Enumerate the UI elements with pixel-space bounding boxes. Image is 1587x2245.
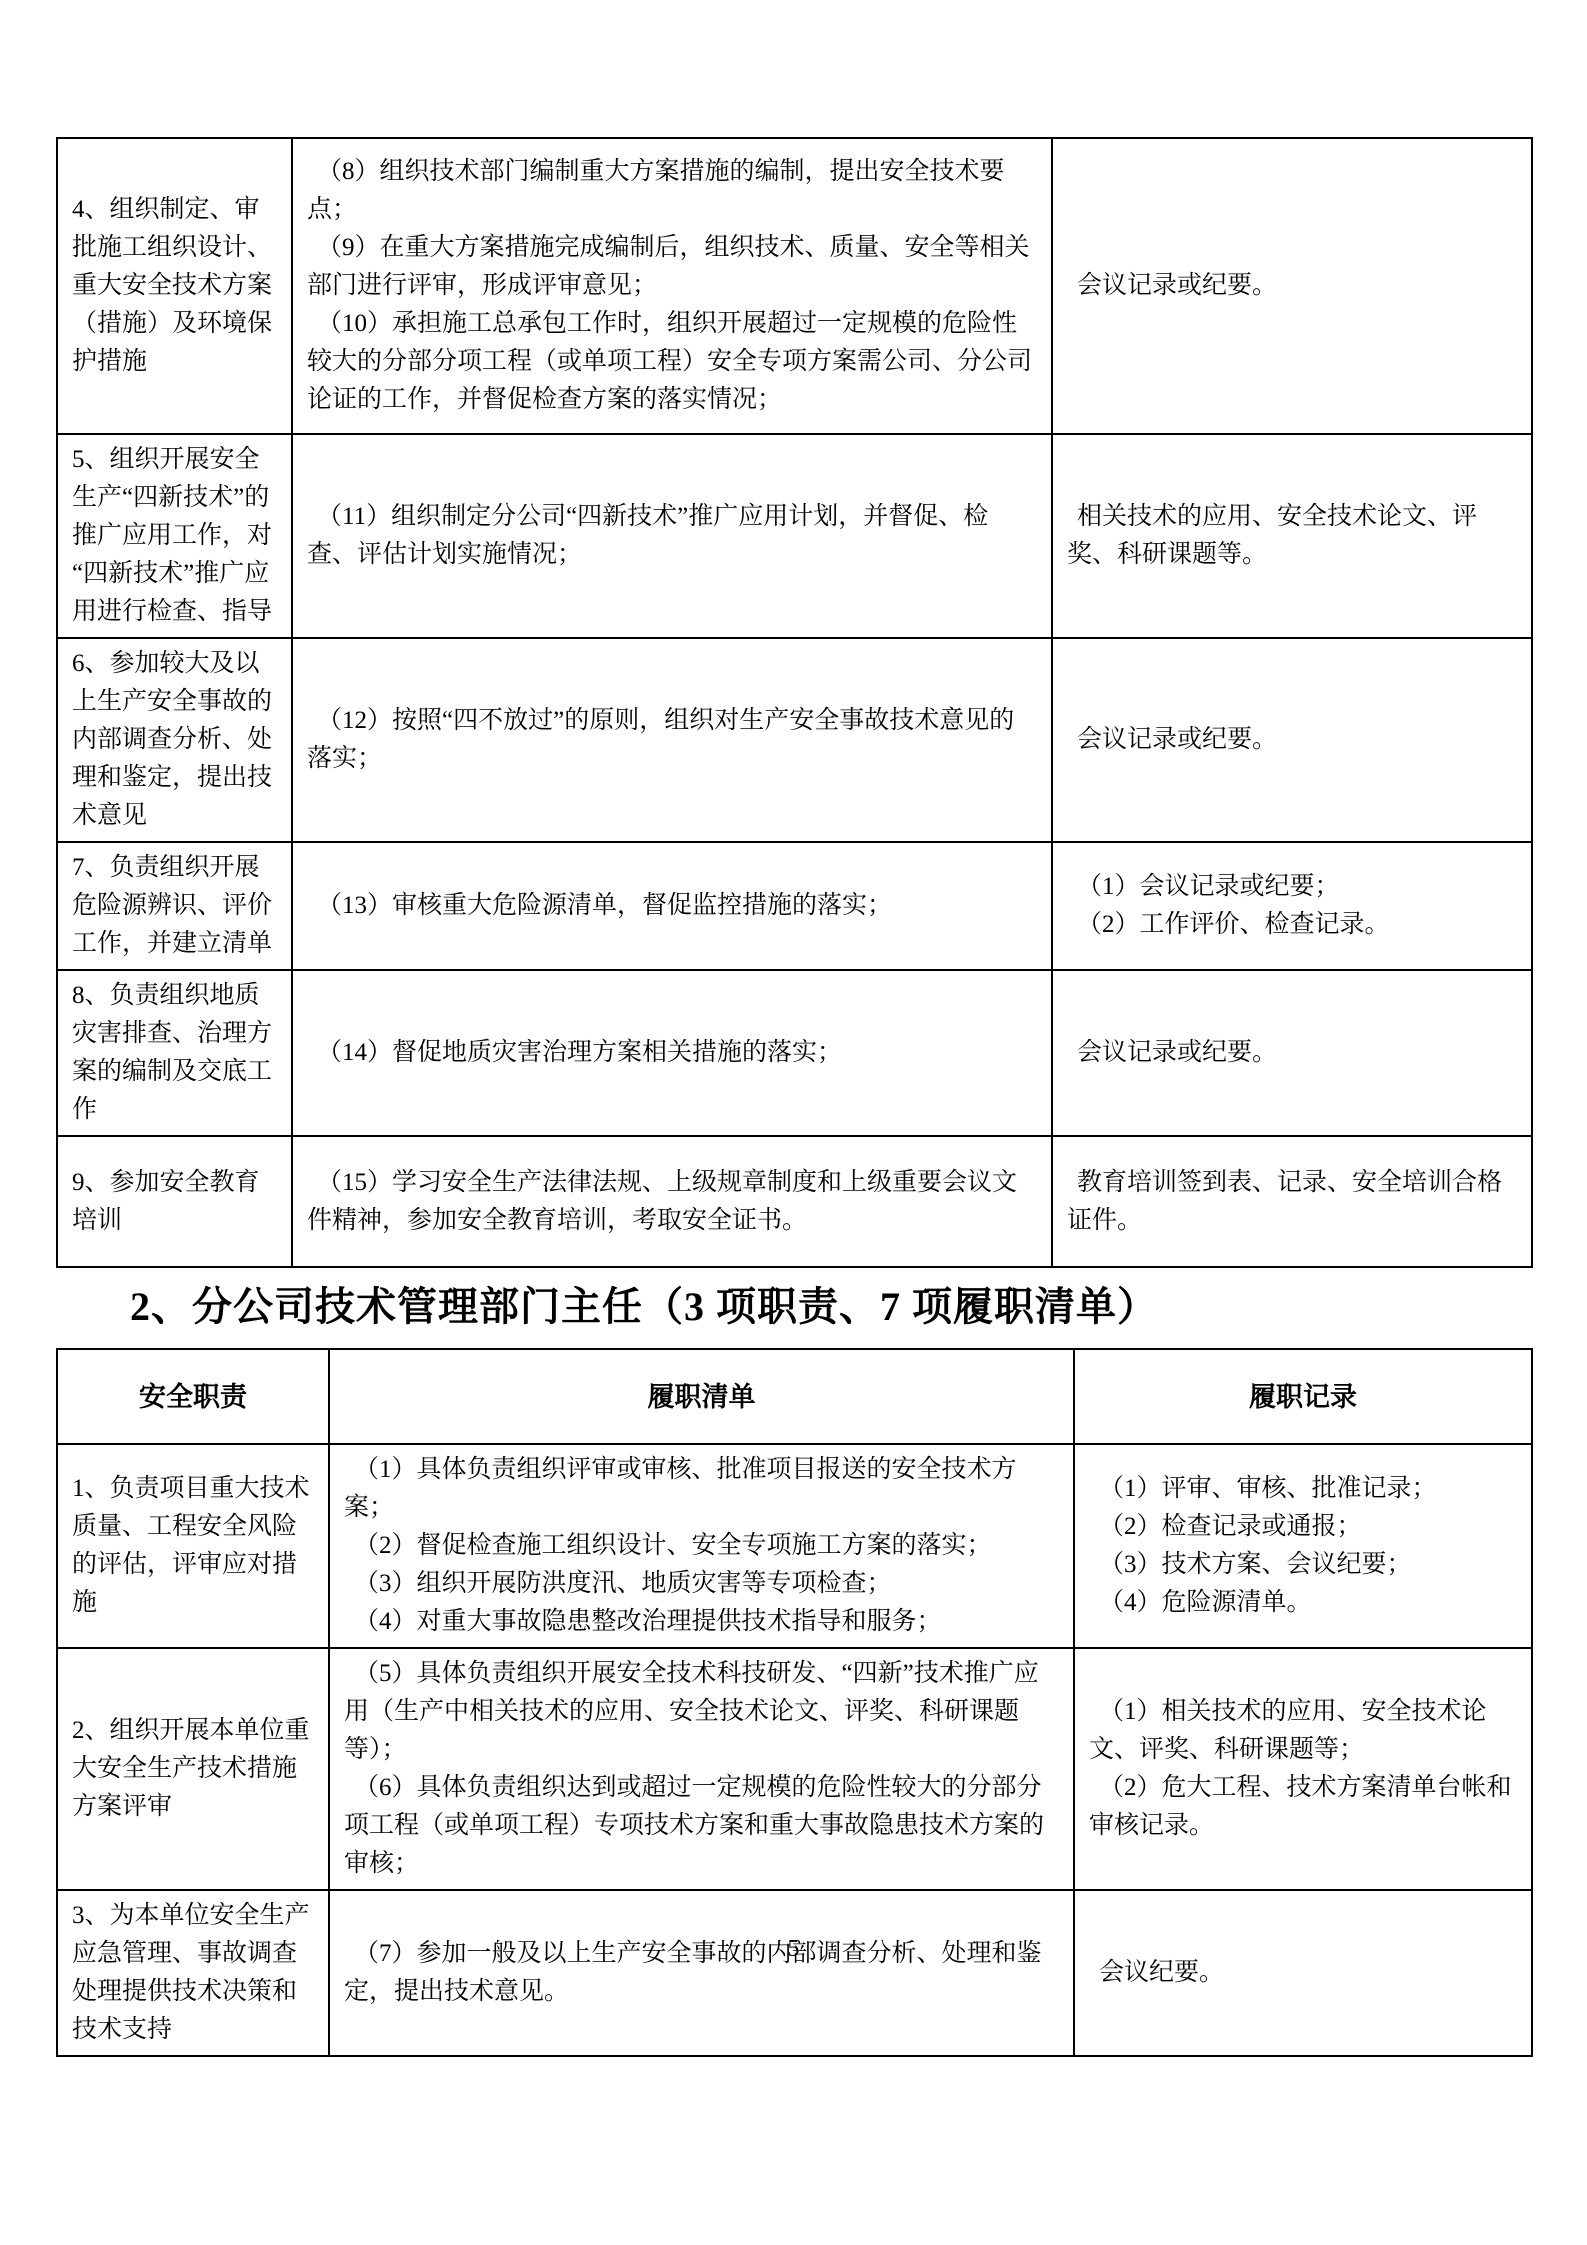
records-cell: 教育培训签到表、记录、安全培训合格证件。 <box>1052 1136 1532 1267</box>
checklist-cell: （7）参加一般及以上生产安全事故的内部调查分析、处理和鉴定，提出技术意见。 <box>329 1890 1074 2056</box>
table-row-duty-6: 6、参加较大及以上生产安全事故的内部调查分析、处理和鉴定，提出技术意见 （12）… <box>57 638 1532 842</box>
col-header-records: 履职记录 <box>1074 1349 1532 1444</box>
records-cell: （1）评审、审核、批准记录； （2）检查记录或通报； （3）技术方案、会议纪要；… <box>1074 1444 1532 1648</box>
record-item: 教育培训签到表、记录、安全培训合格证件。 <box>1067 1164 1517 1240</box>
duty-text: 5、组织开展安全生产“四新技术”的推广应用工作，对“四新技术”推广应用进行检查、… <box>72 441 277 631</box>
record-item: （1）评审、审核、批准记录； <box>1089 1470 1517 1508</box>
checklist-item: （9）在重大方案措施完成编制后，组织技术、质量、安全等相关部门进行评审，形成评审… <box>307 229 1037 305</box>
checklist-item: （15）学习安全生产法律法规、上级规章制度和上级重要会议文件精神，参加安全教育培… <box>307 1164 1037 1240</box>
checklist-cell: （1）具体负责组织评审或审核、批准项目报送的安全技术方案； （2）督促检查施工组… <box>329 1444 1074 1648</box>
checklist-cell: （14）督促地质灾害治理方案相关措施的落实； <box>292 970 1052 1136</box>
page-number: 5 <box>0 1936 1587 1963</box>
duty-cell: 4、组织制定、审批施工组织设计、重大安全技术方案（措施）及环境保护措施 <box>57 138 292 434</box>
checklist-cell: （5）具体负责组织开展安全技术科技研发、“四新”技术推广应用（生产中相关技术的应… <box>329 1648 1074 1890</box>
table-row-duty-8: 8、负责组织地质灾害排查、治理方案的编制及交底工作 （14）督促地质灾害治理方案… <box>57 970 1532 1136</box>
checklist-item: （12）按照“四不放过”的原则，组织对生产安全事故技术意见的落实； <box>307 702 1037 778</box>
table-row-duty-5: 5、组织开展安全生产“四新技术”的推广应用工作，对“四新技术”推广应用进行检查、… <box>57 434 1532 638</box>
records-cell: 会议纪要。 <box>1074 1890 1532 2056</box>
checklist-cell: （15）学习安全生产法律法规、上级规章制度和上级重要会议文件精神，参加安全教育培… <box>292 1136 1052 1267</box>
record-item: 会议记录或纪要。 <box>1067 721 1517 759</box>
duty-cell: 9、参加安全教育培训 <box>57 1136 292 1267</box>
records-cell: （1）会议记录或纪要； （2）工作评价、检查记录。 <box>1052 842 1532 970</box>
record-item: （2）危大工程、技术方案清单台帐和审核记录。 <box>1089 1769 1517 1845</box>
checklist-item: （3）组织开展防洪度汛、地质灾害等专项检查； <box>344 1565 1059 1603</box>
checklist-item: （14）督促地质灾害治理方案相关措施的落实； <box>307 1034 1037 1072</box>
record-item: （1）会议记录或纪要； <box>1067 868 1517 906</box>
record-item: 会议记录或纪要。 <box>1067 267 1517 305</box>
record-item: 会议记录或纪要。 <box>1067 1034 1517 1072</box>
record-item: （2）检查记录或通报； <box>1089 1508 1517 1546</box>
checklist-item: （2）督促检查施工组织设计、安全专项施工方案的落实； <box>344 1527 1059 1565</box>
table-row-duty-3: 3、为本单位安全生产应急管理、事故调查处理提供技术决策和技术支持 （7）参加一般… <box>57 1890 1532 2056</box>
table-row-duty-4: 4、组织制定、审批施工组织设计、重大安全技术方案（措施）及环境保护措施 （8）组… <box>57 138 1532 434</box>
duty-cell: 6、参加较大及以上生产安全事故的内部调查分析、处理和鉴定，提出技术意见 <box>57 638 292 842</box>
duty-cell: 8、负责组织地质灾害排查、治理方案的编制及交底工作 <box>57 970 292 1136</box>
checklist-item: （6）具体负责组织达到或超过一定规模的危险性较大的分部分项工程（或单项工程）专项… <box>344 1769 1059 1883</box>
record-item: （2）工作评价、检查记录。 <box>1067 906 1517 944</box>
records-cell: 会议记录或纪要。 <box>1052 970 1532 1136</box>
duty-text: 9、参加安全教育培训 <box>72 1164 277 1240</box>
col-header-duty: 安全职责 <box>57 1349 329 1444</box>
duty-cell: 7、负责组织开展危险源辨识、评价工作，并建立清单 <box>57 842 292 970</box>
checklist-item: （11）组织制定分公司“四新技术”推广应用计划，并督促、检查、评估计划实施情况； <box>307 498 1037 574</box>
duty-text: 4、组织制定、审批施工组织设计、重大安全技术方案（措施）及环境保护措施 <box>72 191 277 381</box>
records-cell: 相关技术的应用、安全技术论文、评奖、科研课题等。 <box>1052 434 1532 638</box>
duty-text: 8、负责组织地质灾害排查、治理方案的编制及交底工作 <box>72 977 277 1129</box>
record-item: （1）相关技术的应用、安全技术论文、评奖、科研课题等； <box>1089 1693 1517 1769</box>
duty-cell: 3、为本单位安全生产应急管理、事故调查处理提供技术决策和技术支持 <box>57 1890 329 2056</box>
table-row-duty-7: 7、负责组织开展危险源辨识、评价工作，并建立清单 （13）审核重大危险源清单，督… <box>57 842 1532 970</box>
duty-table-continued: 4、组织制定、审批施工组织设计、重大安全技术方案（措施）及环境保护措施 （8）组… <box>56 137 1533 1268</box>
record-item: （3）技术方案、会议纪要； <box>1089 1546 1517 1584</box>
record-item: （4）危险源清单。 <box>1089 1584 1517 1622</box>
table-row-duty-2: 2、组织开展本单位重大安全生产技术措施方案评审 （5）具体负责组织开展安全技术科… <box>57 1648 1532 1890</box>
duty-text: 3、为本单位安全生产应急管理、事故调查处理提供技术决策和技术支持 <box>72 1897 314 2049</box>
document-page: 4、组织制定、审批施工组织设计、重大安全技术方案（措施）及环境保护措施 （8）组… <box>0 0 1587 2245</box>
table-row-duty-1: 1、负责项目重大技术质量、工程安全风险的评估，评审应对措施 （1）具体负责组织评… <box>57 1444 1532 1648</box>
duty-text: 6、参加较大及以上生产安全事故的内部调查分析、处理和鉴定，提出技术意见 <box>72 645 277 835</box>
checklist-cell: （12）按照“四不放过”的原则，组织对生产安全事故技术意见的落实； <box>292 638 1052 842</box>
duty-cell: 5、组织开展安全生产“四新技术”的推广应用工作，对“四新技术”推广应用进行检查、… <box>57 434 292 638</box>
duty-text: 2、组织开展本单位重大安全生产技术措施方案评审 <box>72 1712 314 1826</box>
records-cell: （1）相关技术的应用、安全技术论文、评奖、科研课题等； （2）危大工程、技术方案… <box>1074 1648 1532 1890</box>
checklist-cell: （8）组织技术部门编制重大方案措施的编制，提出安全技术要点； （9）在重大方案措… <box>292 138 1052 434</box>
section-heading: 2、分公司技术管理部门主任（3 项职责、7 项履职清单） <box>130 1284 1587 1330</box>
checklist-item: （5）具体负责组织开展安全技术科技研发、“四新”技术推广应用（生产中相关技术的应… <box>344 1655 1059 1769</box>
duty-cell: 2、组织开展本单位重大安全生产技术措施方案评审 <box>57 1648 329 1890</box>
table-header-row: 安全职责 履职清单 履职记录 <box>57 1349 1532 1444</box>
checklist-cell: （13）审核重大危险源清单，督促监控措施的落实； <box>292 842 1052 970</box>
duty-cell: 1、负责项目重大技术质量、工程安全风险的评估，评审应对措施 <box>57 1444 329 1648</box>
duty-text: 1、负责项目重大技术质量、工程安全风险的评估，评审应对措施 <box>72 1470 314 1622</box>
checklist-item: （1）具体负责组织评审或审核、批准项目报送的安全技术方案； <box>344 1451 1059 1527</box>
checklist-item: （10）承担施工总承包工作时，组织开展超过一定规模的危险性较大的分部分项工程（或… <box>307 305 1037 419</box>
records-cell: 会议记录或纪要。 <box>1052 638 1532 842</box>
duty-text: 7、负责组织开展危险源辨识、评价工作，并建立清单 <box>72 849 277 963</box>
checklist-item: （8）组织技术部门编制重大方案措施的编制，提出安全技术要点； <box>307 153 1037 229</box>
checklist-cell: （11）组织制定分公司“四新技术”推广应用计划，并督促、检查、评估计划实施情况； <box>292 434 1052 638</box>
records-cell: 会议记录或纪要。 <box>1052 138 1532 434</box>
col-header-checklist: 履职清单 <box>329 1349 1074 1444</box>
checklist-item: （13）审核重大危险源清单，督促监控措施的落实； <box>307 887 1037 925</box>
checklist-item: （4）对重大事故隐患整改治理提供技术指导和服务； <box>344 1603 1059 1641</box>
table-row-duty-9: 9、参加安全教育培训 （15）学习安全生产法律法规、上级规章制度和上级重要会议文… <box>57 1136 1532 1267</box>
record-item: 相关技术的应用、安全技术论文、评奖、科研课题等。 <box>1067 498 1517 574</box>
